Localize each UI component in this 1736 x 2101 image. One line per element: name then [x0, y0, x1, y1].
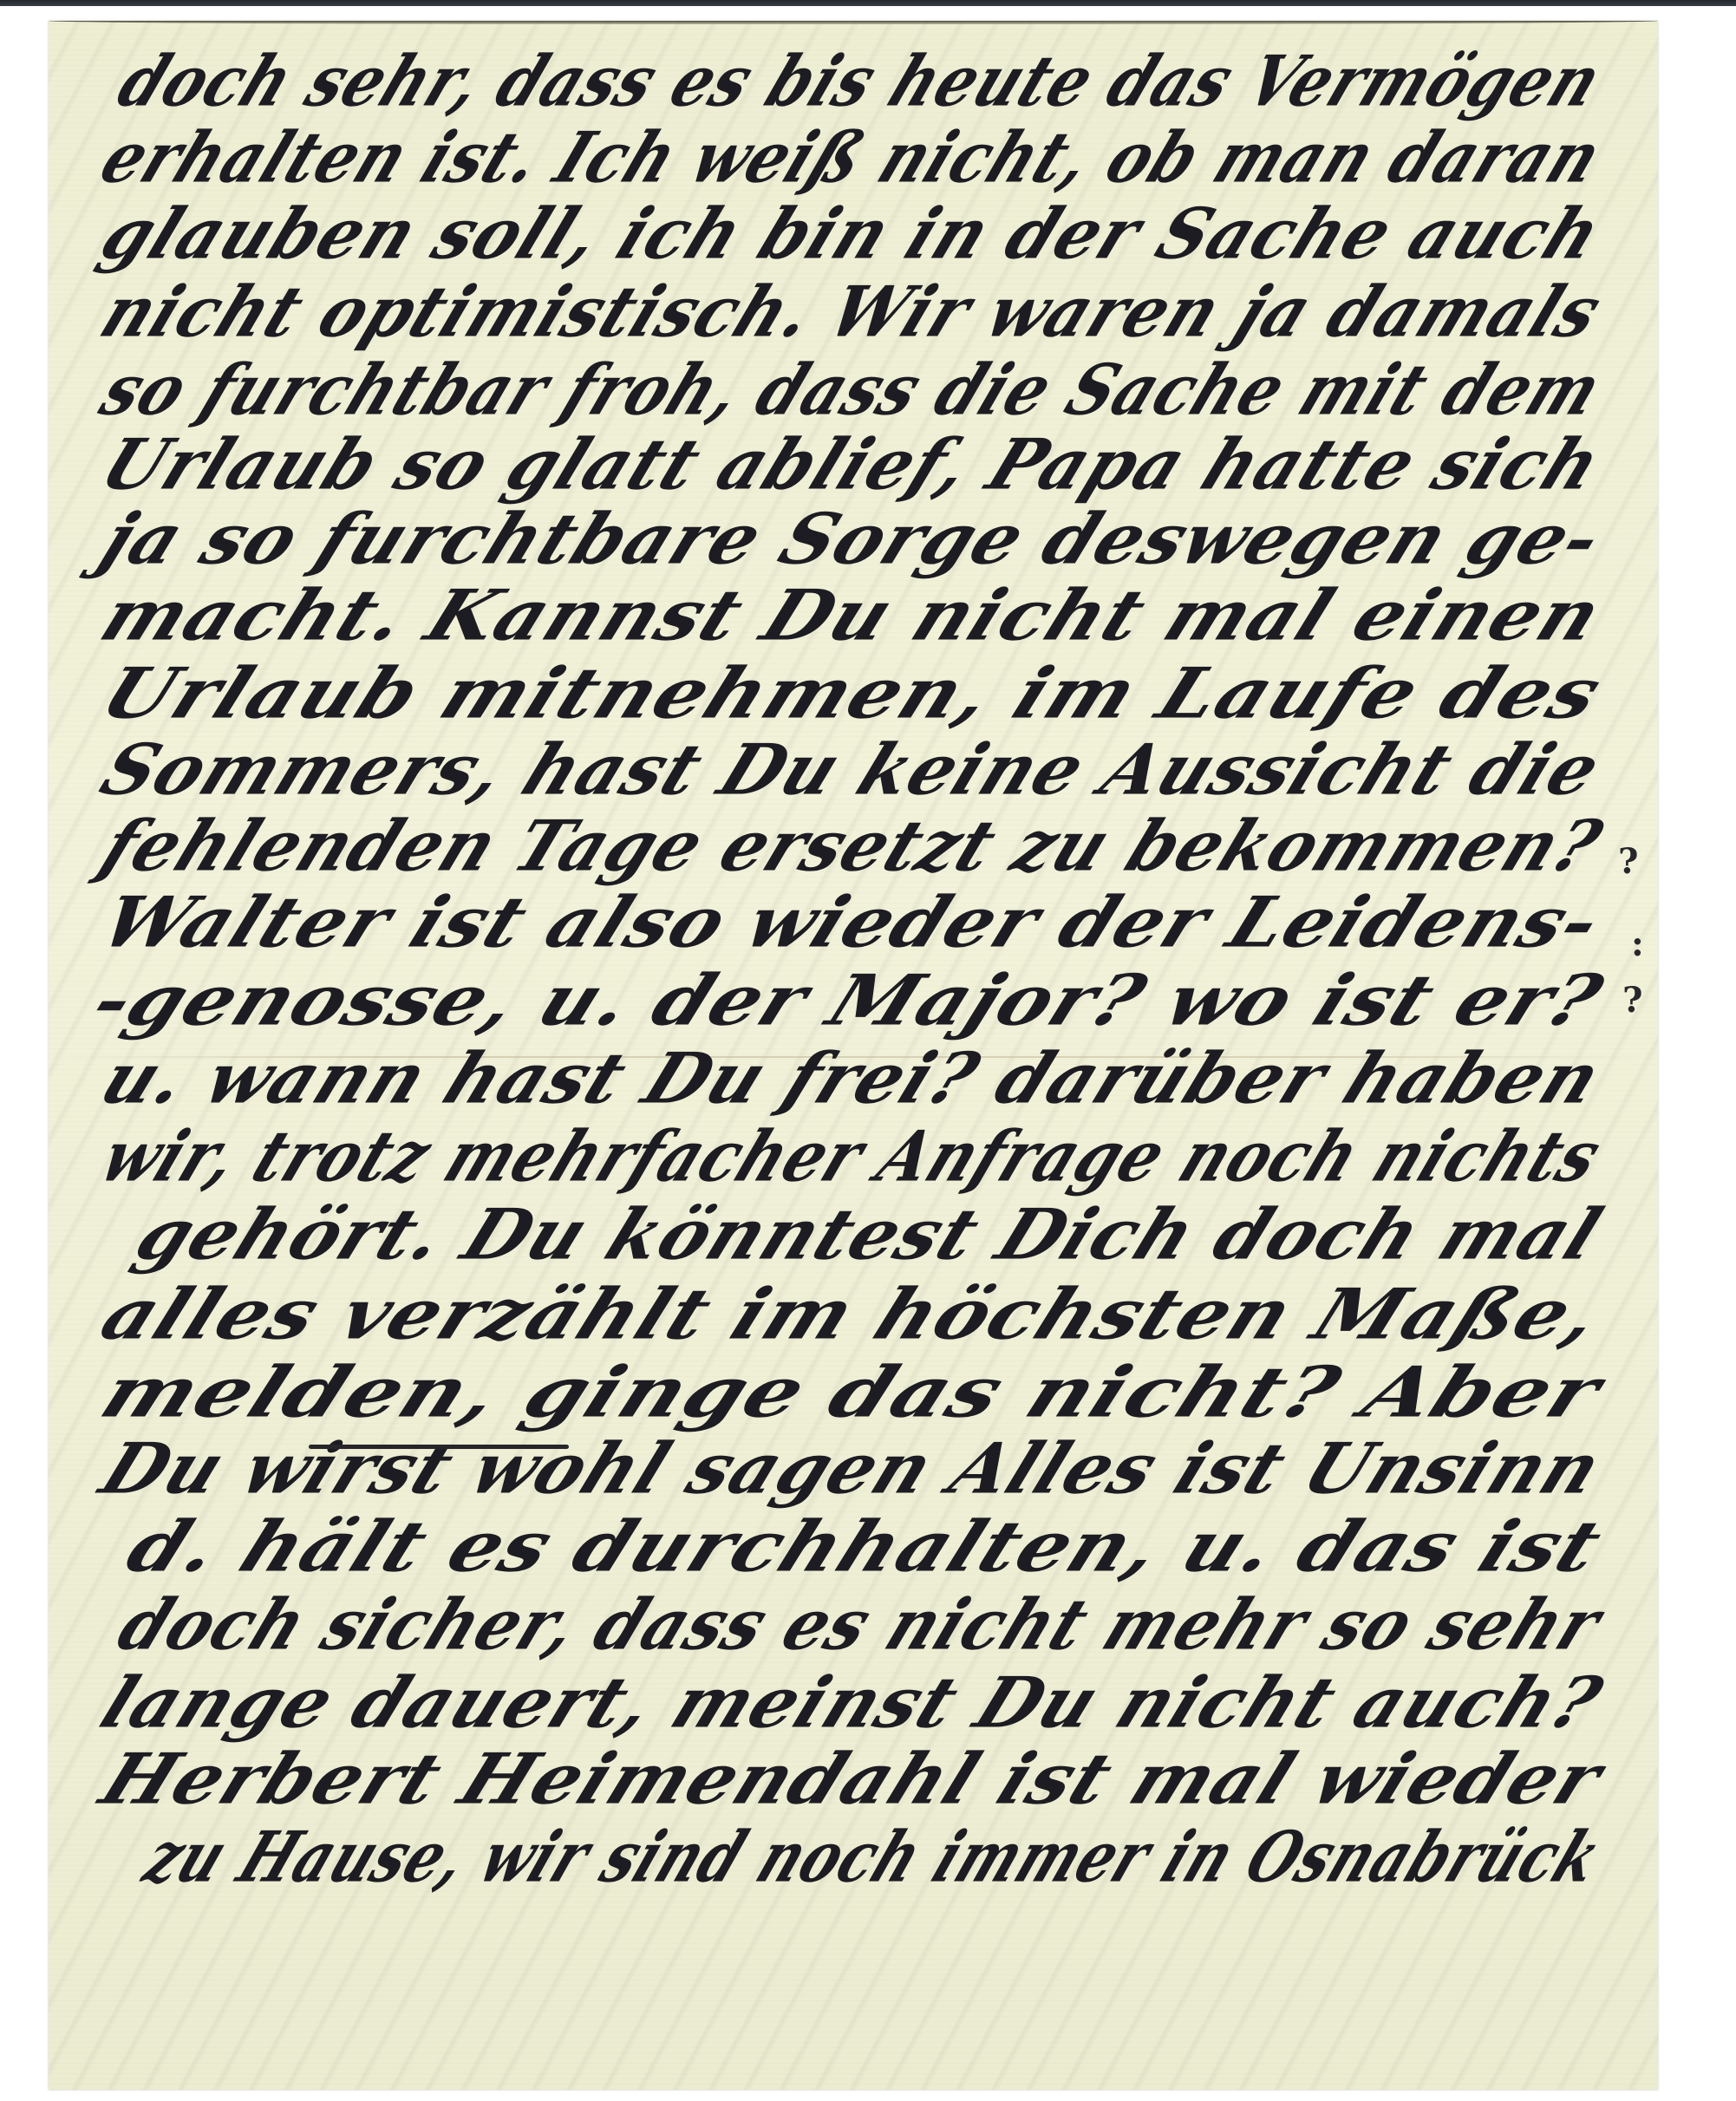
- scanner-edge-strip: [0, 0, 1736, 6]
- handwritten-line: Sommers, hast Du keine Aussicht die: [92, 735, 1610, 806]
- handwritten-line: Herbert Heimendahl ist mal wieder: [92, 1745, 1612, 1815]
- handwritten-line: erhalten ist. Ich weiß nicht, ob man dar…: [92, 123, 1611, 193]
- handwritten-line: Urlaub mitnehmen, im Laufe des: [92, 659, 1611, 729]
- paper-top-edge: [49, 21, 1658, 24]
- handwritten-line: ja so furchtbare Sorge deswegen ge-: [92, 505, 1612, 575]
- handwritten-line: macht. Kannst Du nicht mal einen: [92, 581, 1612, 651]
- handwritten-line: lange dauert, meinst Du nicht auch?: [92, 1668, 1611, 1739]
- handwritten-line: doch sicher, dass es nicht mehr so sehr: [109, 1590, 1611, 1661]
- handwritten-line: u. wann hast Du frei? darüber haben: [92, 1044, 1611, 1114]
- handwritten-line: so furchtbar froh, dass die Sache mit de…: [92, 356, 1611, 426]
- handwritten-line: Walter ist also wieder der Leidens-: [92, 888, 1611, 958]
- handwritten-line-signature-area: zu Hause, wir sind noch immer in Osnabrü…: [135, 1823, 1611, 1893]
- handwritten-line: gehört. Du könntest Dich doch mal: [127, 1200, 1611, 1270]
- handwritten-line: wir, trotz mehrfacher Anfrage noch nicht…: [92, 1122, 1611, 1192]
- margin-mark: ?: [1622, 983, 1642, 1018]
- handwritten-line: d. hält es durchhalten, u. das ist: [118, 1512, 1612, 1582]
- handwritten-line: glauben soll, ich bin in der Sache auch: [92, 199, 1611, 270]
- handwritten-line: Urlaub so glatt ablief, Papa hatte sich: [92, 430, 1611, 500]
- handwritten-line: nicht optimistisch. Wir waren ja damals: [92, 277, 1611, 348]
- margin-mark: :: [1631, 927, 1644, 962]
- letter-page: doch sehr, dass es bis heute das Vermöge…: [49, 21, 1658, 2090]
- handwritten-line: alles verzählt im höchsten Maße,: [92, 1280, 1611, 1350]
- handwritten-line: melden, ginge das nicht? Aber: [92, 1358, 1611, 1428]
- handwritten-line: -genosse, u. der Major? wo ist er?: [83, 966, 1612, 1036]
- margin-mark: ?: [1618, 845, 1638, 879]
- handwritten-line: fehlenden Tage ersetzt zu bekommen?: [92, 812, 1611, 882]
- word-underline: [309, 1445, 569, 1449]
- handwritten-line: doch sehr, dass es bis heute das Vermöge…: [109, 47, 1611, 117]
